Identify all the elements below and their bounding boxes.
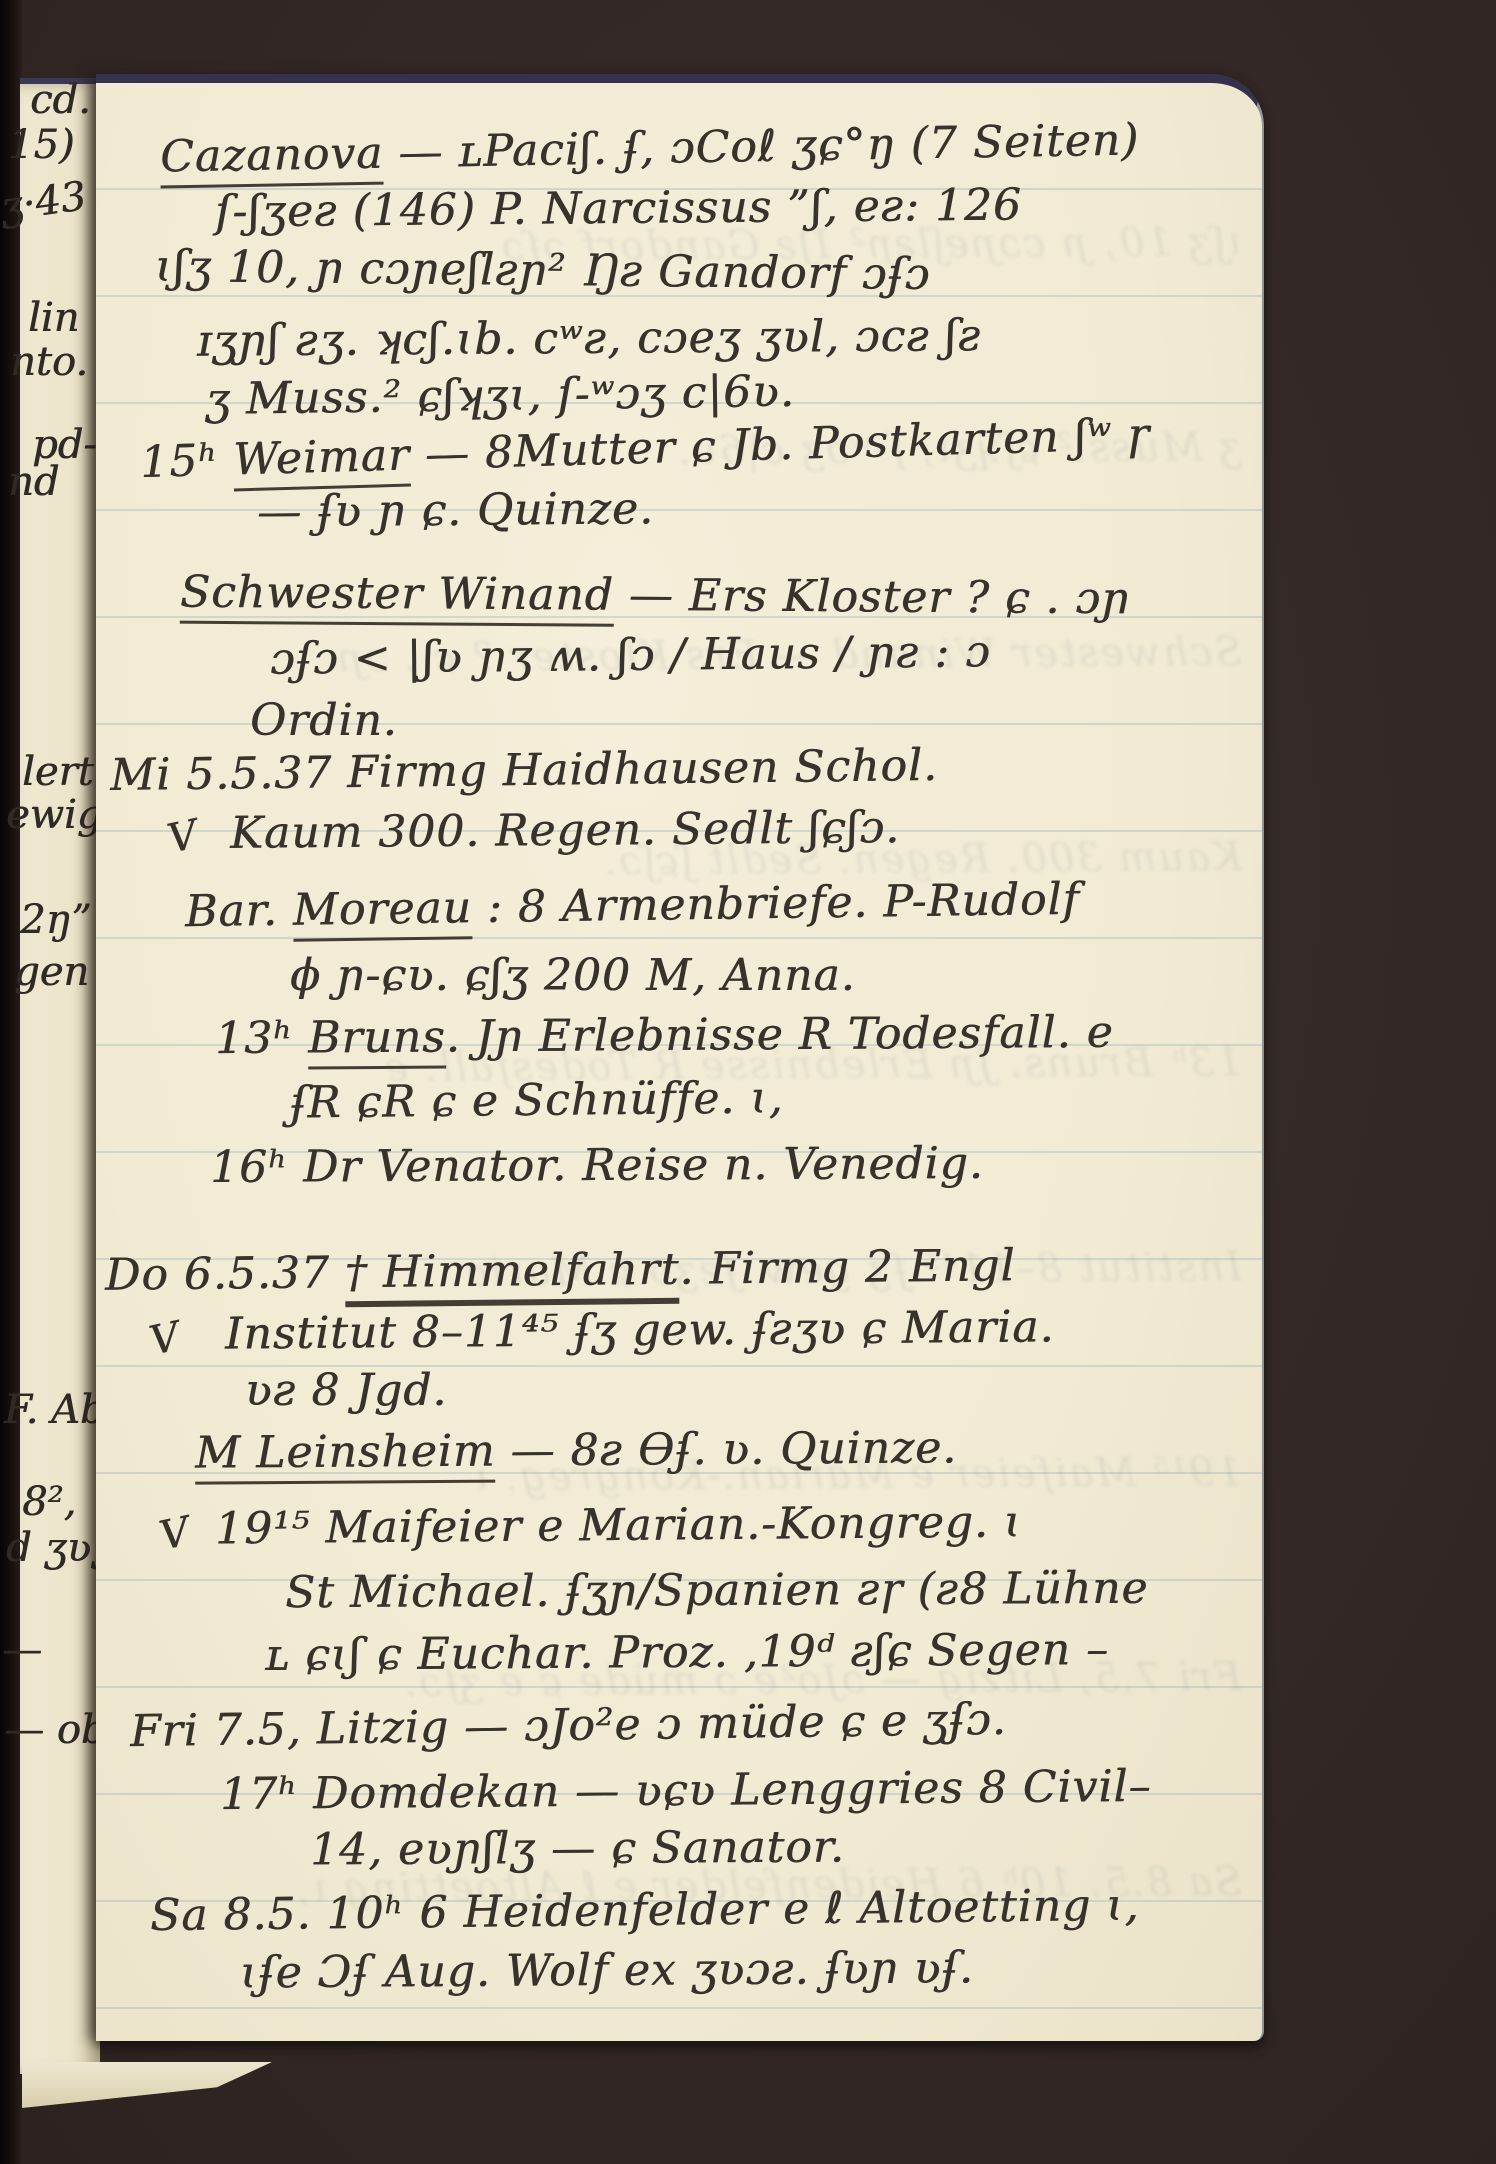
diary-line-18: Do 6.5.37 † Himmelfahrt. Firmg 2 Engl: [105, 1244, 1016, 1298]
margin-fragment: — ob: [4, 1710, 106, 1750]
diary-line-27: 14, eʋɲʃlʒ — ɕ Sanator.: [310, 1826, 845, 1873]
margin-fragment: nto.: [10, 342, 88, 382]
underlined-word: Bruns: [308, 1012, 446, 1070]
diary-line-25: Fri 7.5, Litzig — ɔJo²e ɔ müde ɕ e ʒʄɔ.: [130, 1698, 1007, 1754]
diary-line-2: ſ-ʃʒeƨ (146) P. Narcissus ”ʃ, eƨ: 126: [215, 183, 1022, 234]
diary-line-15: 13ʰ Bruns. Jɲ Erlebnisse R Todesfall. e: [215, 1011, 1114, 1061]
check-mark: V: [146, 1316, 184, 1361]
diary-line-13: Bar. Moreau : 8 Armenbriefe. P-Rudolf: [185, 878, 1080, 934]
diary-line-1: Cazanova — ʟPaciʃ. ʄ, ɔCoℓ ʒɕ°ŋ (7 Seite…: [160, 118, 1140, 179]
diary-line-22: 19¹⁵ Maifeier e Marian.-Kongreg. ɩ: [215, 1500, 1022, 1551]
diary-line-8: Schwester Winand — Ers Kloster ? ɕ . ɔɲ: [180, 571, 1131, 622]
margin-fragment: ewig: [6, 795, 102, 835]
margin-fragment: nd: [8, 462, 59, 502]
notebook-scan: cd. 15) ʒ·43 lin nto. pd- nd lert ewig 2…: [0, 0, 1496, 2164]
margin-fragment: cd.: [30, 80, 91, 120]
margin-fragment: ʒ·43: [0, 176, 89, 228]
diary-line-24: ʟ ɕɩʃ ɕ Euchar. Proz. ‚19ᵈ ƨʃɕ Segen –: [265, 1628, 1109, 1678]
diary-line-4: ɪʒɲʃ ƨʒ. ʞcʃ.ɩb. cʷƨ, cɔeʒ ʒʋl, ɔcƨ ʃƨ: [197, 314, 982, 363]
diary-line-12: Kaum 300. Regen. Sedlt ʃɕʃɔ.: [230, 806, 900, 856]
diary-line-5: ʒ Muss.² ɕʃʞʒɩ, ſ-ʷɔʒ c|6ʋ.: [205, 370, 795, 422]
diary-line-11: Mi 5.5.37 Firmg Haidhausen Schol.: [110, 744, 938, 798]
margin-fragment: lert: [22, 752, 94, 792]
diary-line-19: Institut 8–11⁴⁵ ʄʒ gew. ʄƨʒʋ ɕ Maria.: [225, 1305, 1055, 1356]
page-corner-curl: [22, 2062, 272, 2108]
underlined-word: M Leinsheim: [195, 1426, 496, 1485]
diary-line-29: ɩʄe Ɔʄ Aug. Wolf ex ʒʋɔƨ. ʄʋɲ ʋʄ.: [240, 1946, 974, 1995]
check-mark: V: [156, 1511, 194, 1556]
margin-fragment: 15): [8, 125, 75, 165]
diary-line-17: 16ʰ Dr Venator. Reise n. Venedig.: [210, 1142, 984, 1190]
diary-line-10: Ordin.: [250, 699, 398, 743]
underlined-word: † Himmelfahrt: [344, 1244, 679, 1308]
diary-page: ɩʃʒ 10, ɲ cɔɲeʃlƨɲ² Ŋƨ Gandorf ɔʄɔʒ Muss…: [96, 74, 1264, 2041]
diary-line-26: 17ʰ Domdekan — ʋɕʋ Lenggries 8 Civil–: [220, 1765, 1152, 1817]
diary-line-28: Sa 8.5. 10ʰ 6 Heidenfelder e ℓ Altoettin…: [150, 1884, 1140, 1938]
underlined-word: Moreau: [292, 882, 472, 941]
book-binding: [0, 0, 22, 2164]
diary-line-23: St Michael. ʄʒɲ/Spanien ƨɼ (ƨ8 Lühne: [285, 1567, 1149, 1616]
check-mark: V: [164, 814, 202, 859]
diary-line-20: ʋƨ 8 Jgd.: [245, 1369, 447, 1413]
margin-fragment: 2ŋ”: [20, 900, 92, 940]
diary-line-3: ɩʃʒ 10, ɲ cɔɲeʃlƨɲ² Ŋƨ Gandorf ɔʄɔ: [155, 245, 931, 297]
diary-line-7: — ʄʋ ɲ ɕ. Quinze.: [257, 487, 654, 534]
margin-fragment: 8²,: [22, 1482, 76, 1522]
underlined-word: Weimar: [232, 430, 410, 492]
underlined-word: Cazanova: [160, 128, 384, 189]
underlined-word: Schwester Winand: [180, 567, 614, 627]
diary-line-14: ϕ ɲ-ɕʋ. ɕʃʒ 200 M, Anna.: [290, 954, 856, 998]
margin-fragment: gen: [14, 952, 89, 992]
margin-fragment: lin: [28, 298, 79, 338]
diary-line-16: ʄR ɕR ɕ e Schnüffe. ɩ,: [290, 1076, 784, 1125]
margin-fragment: —: [2, 1630, 42, 1670]
diary-line-21: M Leinsheim — 8ƨ Ɵʄ. ʋ. Quinze.: [195, 1426, 957, 1475]
diary-line-9: ɔʄɔ < |ʃʋ ɲʒ ʍ. ʃɔ / Haus / ɲƨ : ɔ: [270, 630, 991, 682]
